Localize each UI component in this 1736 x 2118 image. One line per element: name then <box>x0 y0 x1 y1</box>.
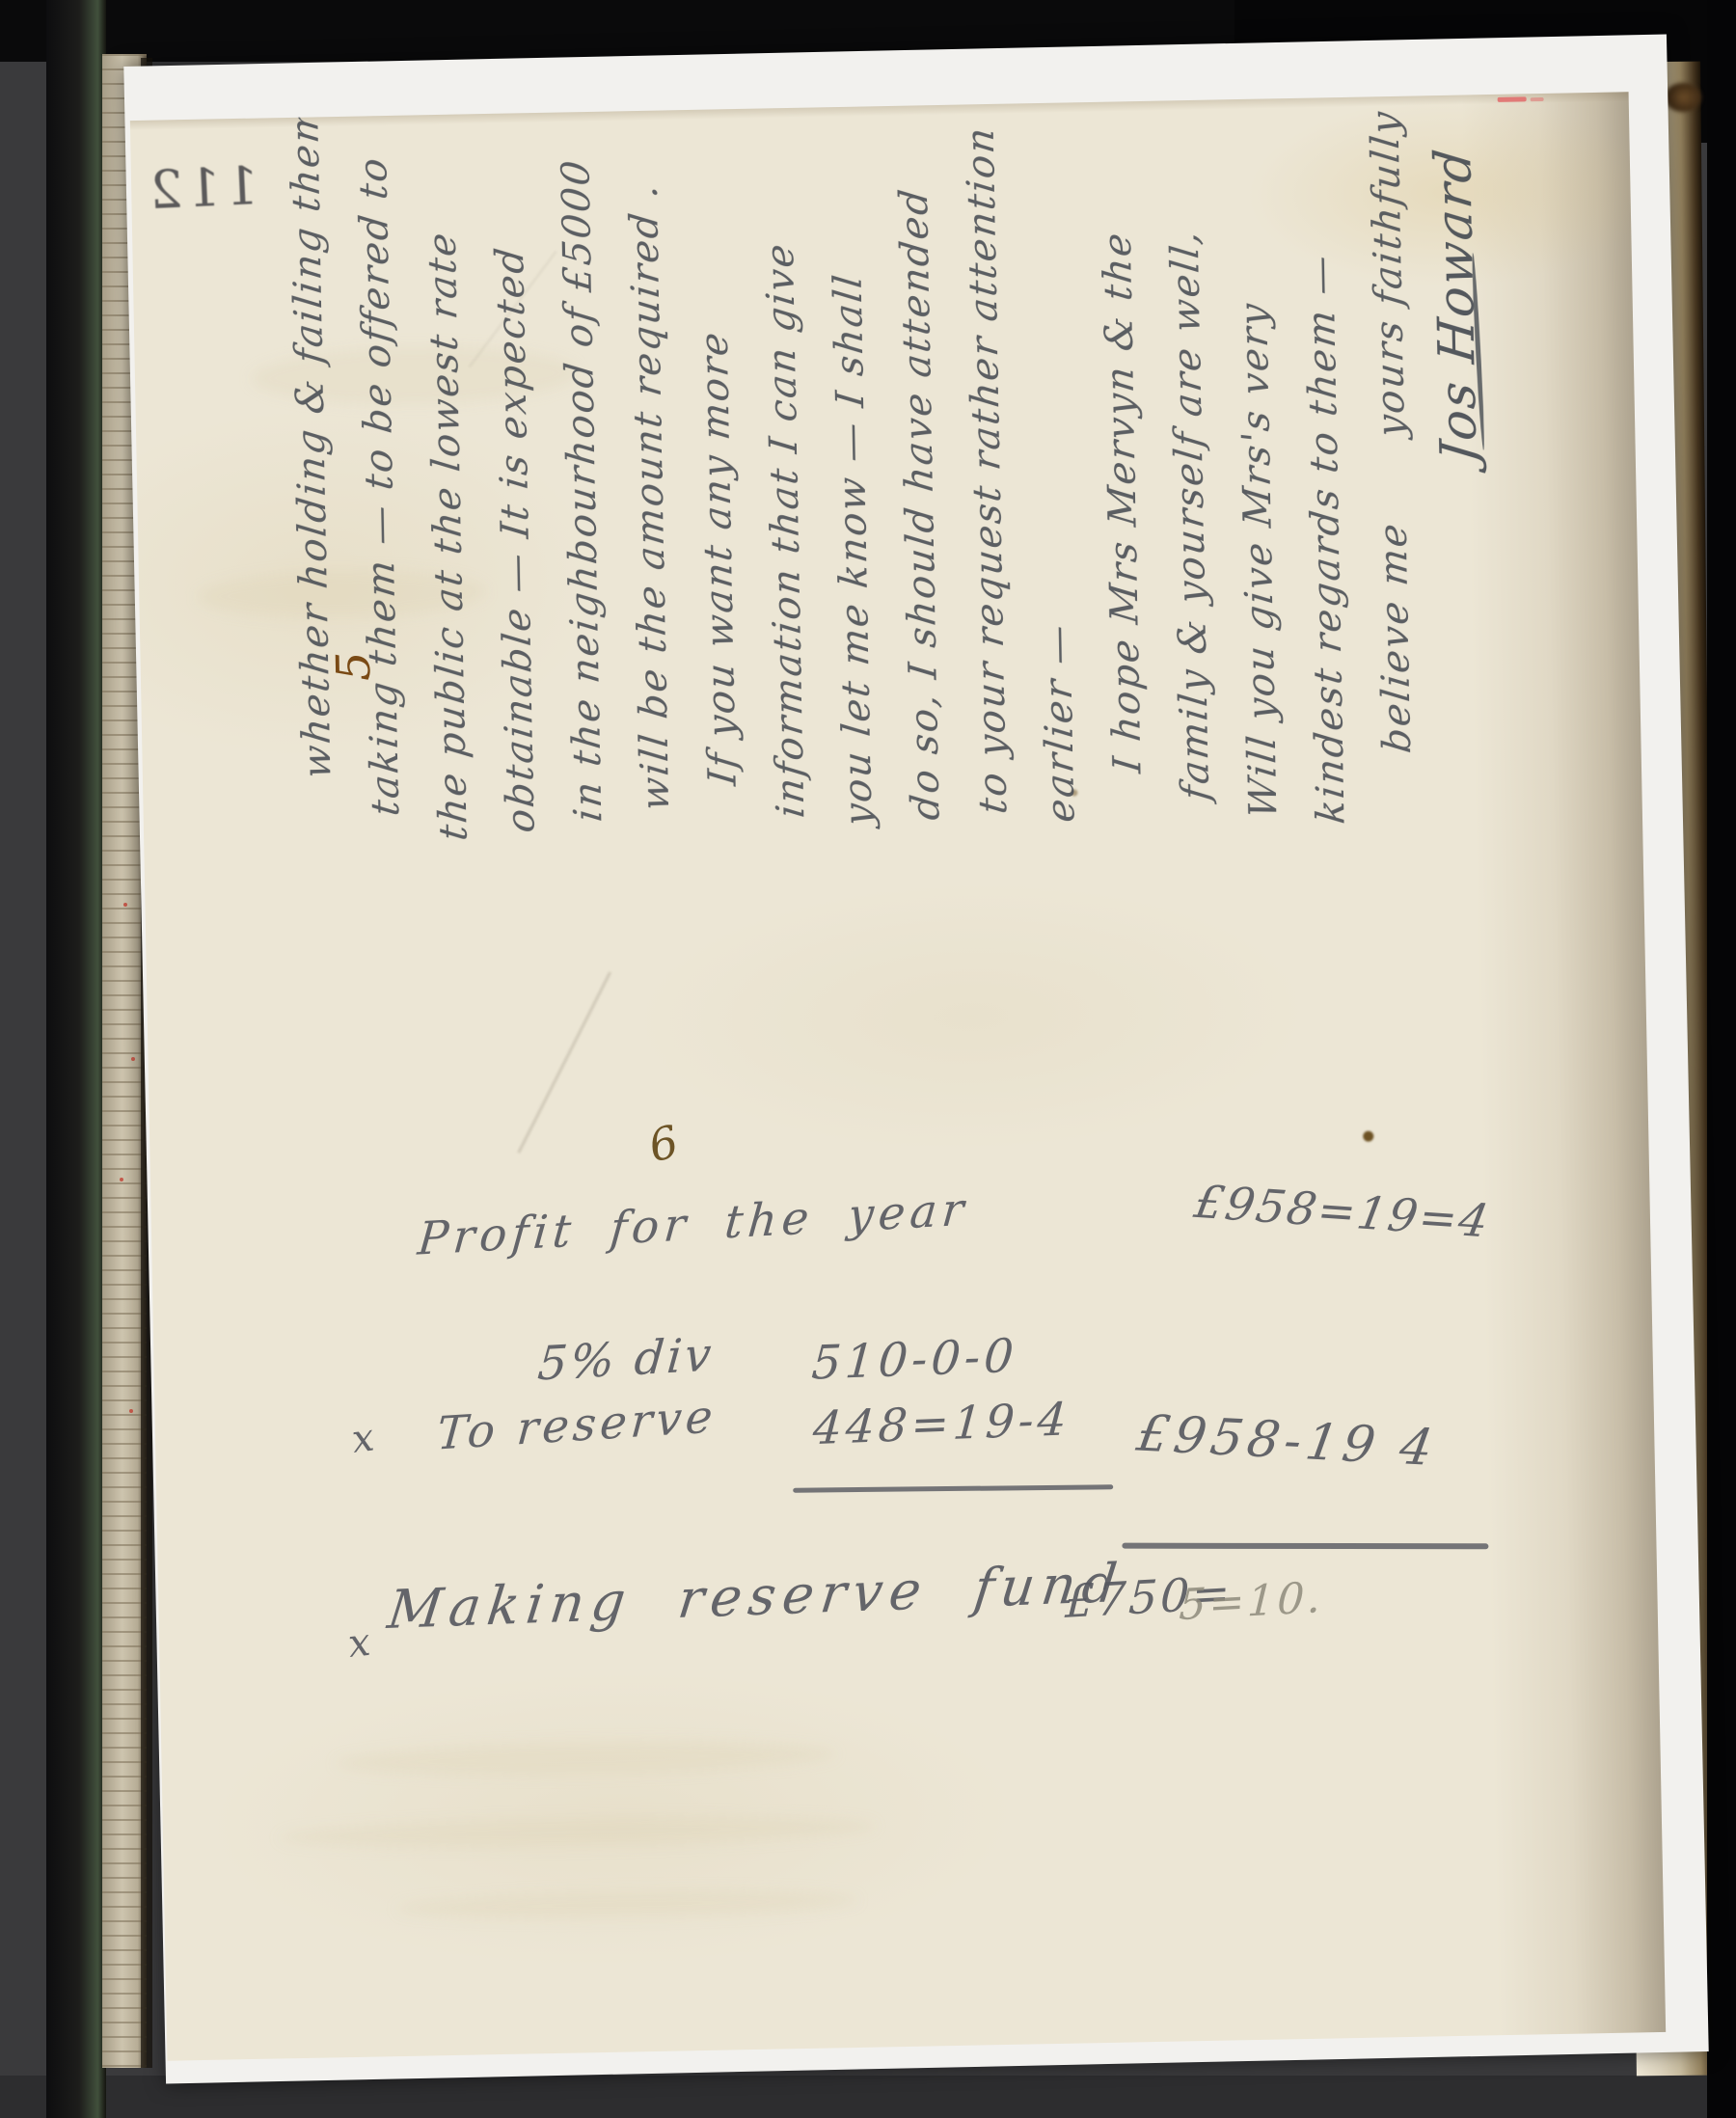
red-speckle <box>131 1057 135 1061</box>
red-speckle <box>129 1409 133 1413</box>
dividend-amount: 510-0-0 <box>810 1329 1019 1391</box>
letter-line: family & yourself are well, <box>1151 218 1231 847</box>
paper-crease <box>517 971 611 1154</box>
total-amount: £958-19 4 <box>1133 1405 1442 1478</box>
sum-rule <box>793 1484 1113 1492</box>
letter-line: whether holding & failing them <box>274 234 354 863</box>
paper-stain <box>395 1887 858 1922</box>
red-speckle <box>123 903 127 907</box>
letter-line: information that I can give <box>746 226 827 855</box>
letter-line: believe me yours faithfully <box>1353 214 1433 843</box>
profit-amount: £958=19=4 <box>1190 1176 1494 1248</box>
background-bottom <box>0 2076 1736 2118</box>
dividend-label: 5% div <box>535 1327 716 1391</box>
making-reserve-label: Making reserve fund <box>385 1552 1127 1641</box>
letter-line: If you want any more <box>679 227 759 855</box>
letter-page: 112 5 6 whether holding & failing them t… <box>130 92 1666 2060</box>
profit-label: Profit for the year <box>416 1182 970 1265</box>
background-right <box>1707 0 1736 2118</box>
letter-line: I hope Mrs Mervyn & the <box>1083 219 1163 848</box>
paper-stain <box>279 1812 877 1853</box>
handwritten-letter-body: whether holding & failing them taking th… <box>274 215 1510 860</box>
letter-line: in the neighbourhood of £5000 <box>544 230 624 858</box>
making-cross-marker: x <box>346 1620 372 1667</box>
letter-line: earlier — <box>1016 221 1096 850</box>
letter-line: the public at the lowest rate <box>409 232 489 861</box>
letter-line: taking them — to be offered to <box>341 233 421 862</box>
red-speckle <box>120 1178 123 1181</box>
signature: Jos Howard <box>1421 213 1501 842</box>
letter-line: Will you give Mrs's very <box>1218 217 1298 846</box>
paper-stain <box>335 1737 837 1779</box>
spine-headband <box>1665 83 1701 112</box>
letter-line: you let me know — I shall <box>814 225 894 854</box>
photograph-of-letterbook: 112 5 6 whether holding & failing them t… <box>0 0 1736 2118</box>
letter-line: will be the amount required . <box>611 229 692 857</box>
reserve-label: To reserve <box>435 1390 719 1461</box>
ink-spot <box>1363 1131 1373 1142</box>
reserve-cross-marker: x <box>349 1415 376 1461</box>
red-edge-mark <box>1531 97 1544 101</box>
book-cover-edge <box>46 0 106 2118</box>
page-number-show-through: 112 <box>144 155 260 221</box>
letter-line: kindest regards to them — <box>1286 215 1366 844</box>
red-edge-mark <box>1498 96 1527 102</box>
total-rule <box>1122 1543 1488 1550</box>
reserve-amount: 448=19-4 <box>811 1393 1071 1455</box>
letter-line: do so, I should have attended <box>882 223 962 852</box>
letter-line: to your request rather attention <box>949 222 1029 851</box>
letter-line: obtainable — It is expected <box>476 231 556 859</box>
making-reserve-shillings: 5=10. <box>1178 1573 1324 1630</box>
letter-number-six: 6 <box>644 1115 684 1172</box>
